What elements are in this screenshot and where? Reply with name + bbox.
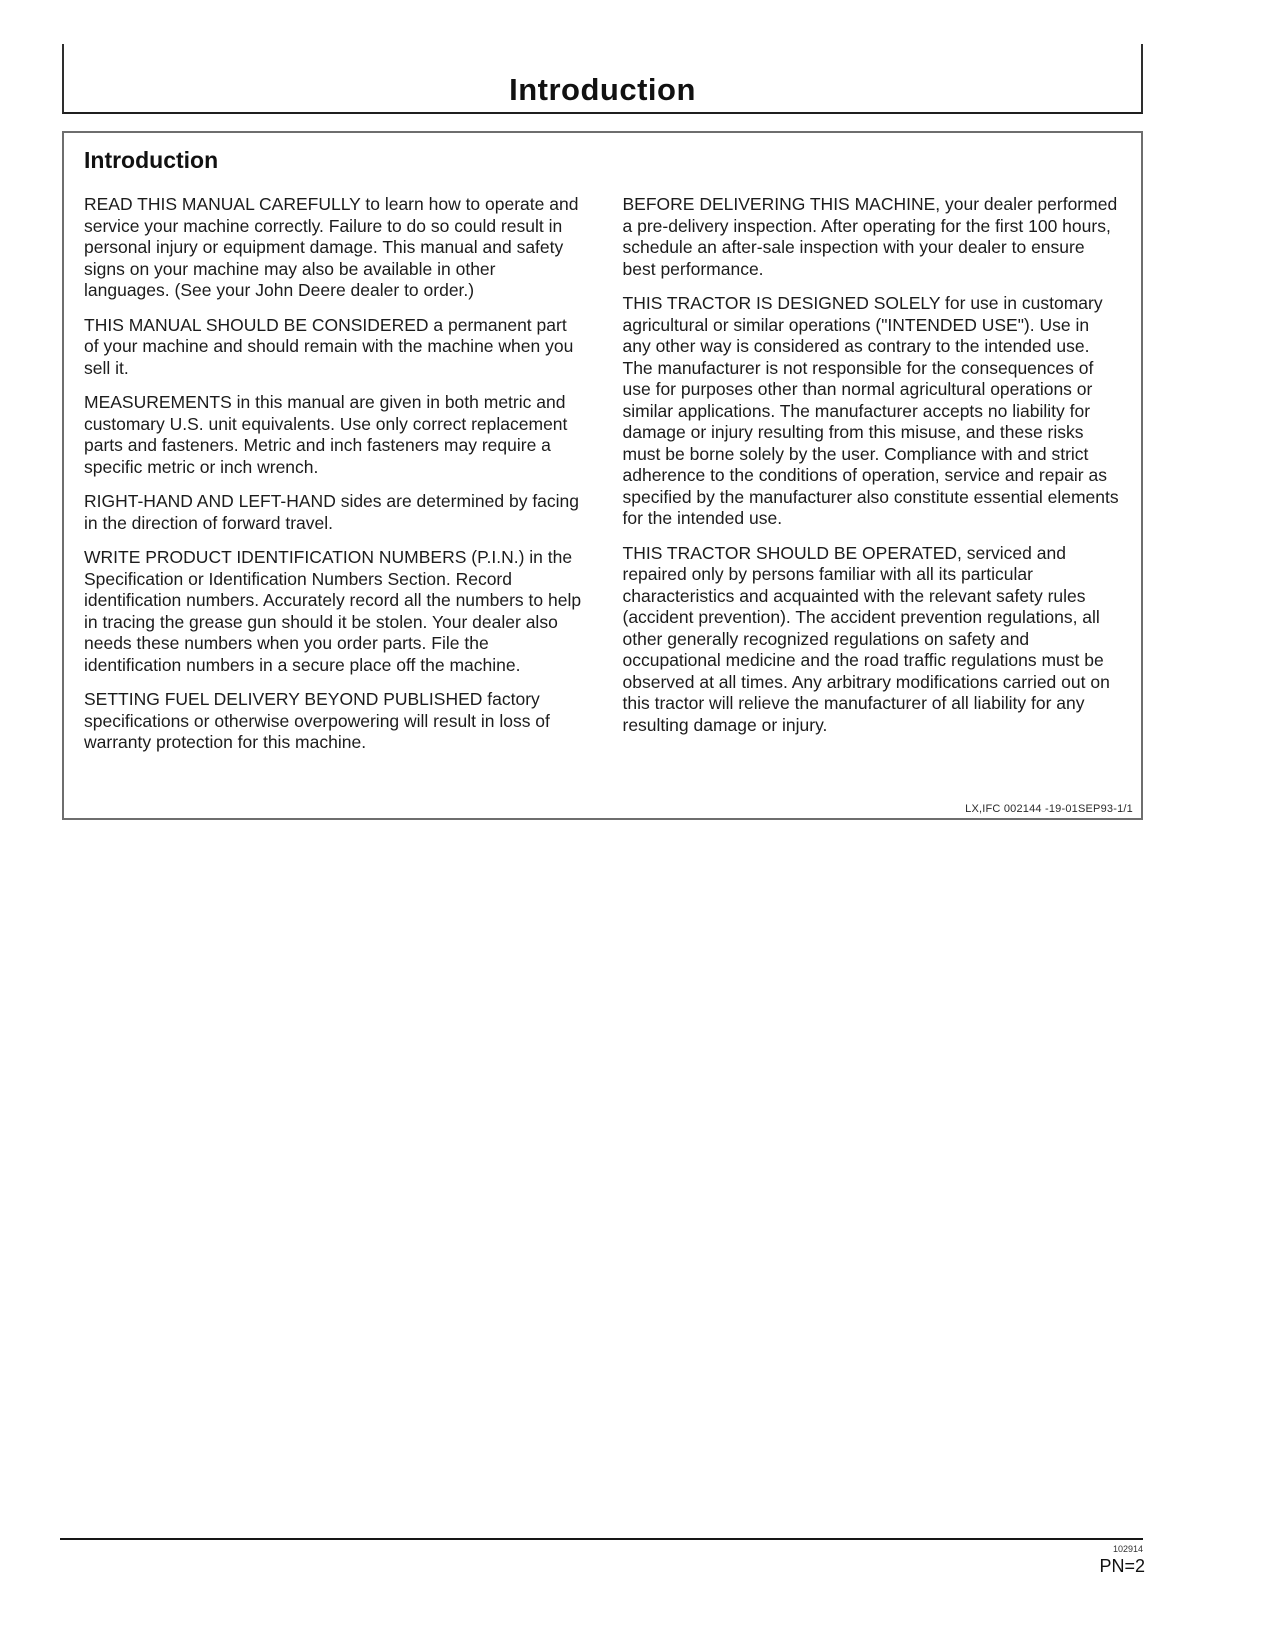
left-column: READ THIS MANUAL CAREFULLY to learn how … xyxy=(84,194,583,767)
footer-document-number: 102914 xyxy=(1113,1544,1143,1554)
paragraph-read-this-manual: READ THIS MANUAL CAREFULLY to learn how … xyxy=(84,194,583,302)
manual-page: Introduction Introduction READ THIS MANU… xyxy=(0,0,1275,1650)
paragraph-designed-solely: THIS TRACTOR IS DESIGNED SOLELY for use … xyxy=(623,293,1122,530)
text-columns: READ THIS MANUAL CAREFULLY to learn how … xyxy=(84,194,1121,767)
paragraph-setting-fuel: SETTING FUEL DELIVERY BEYOND PUBLISHED f… xyxy=(84,689,583,754)
right-column: BEFORE DELIVERING THIS MACHINE, your dea… xyxy=(623,194,1122,767)
section-header-title: Introduction xyxy=(509,72,696,108)
content-box: Introduction READ THIS MANUAL CAREFULLY … xyxy=(62,131,1143,820)
reference-code: LX,IFC 002144 -19-01SEP93-1/1 xyxy=(965,803,1133,815)
paragraph-before-delivering: BEFORE DELIVERING THIS MACHINE, your dea… xyxy=(623,194,1122,280)
paragraph-manual-considered: THIS MANUAL SHOULD BE CONSIDERED a perma… xyxy=(84,315,583,380)
page-title: Introduction xyxy=(84,147,1121,174)
paragraph-right-left-hand: RIGHT-HAND AND LEFT-HAND sides are deter… xyxy=(84,491,583,534)
paragraph-measurements: MEASUREMENTS in this manual are given in… xyxy=(84,392,583,478)
footer-divider xyxy=(60,1538,1143,1540)
paragraph-should-be-operated: THIS TRACTOR SHOULD BE OPERATED, service… xyxy=(623,543,1122,737)
section-header: Introduction xyxy=(62,44,1143,114)
paragraph-write-pin: WRITE PRODUCT IDENTIFICATION NUMBERS (P.… xyxy=(84,547,583,676)
page-number: PN=2 xyxy=(1099,1556,1145,1577)
